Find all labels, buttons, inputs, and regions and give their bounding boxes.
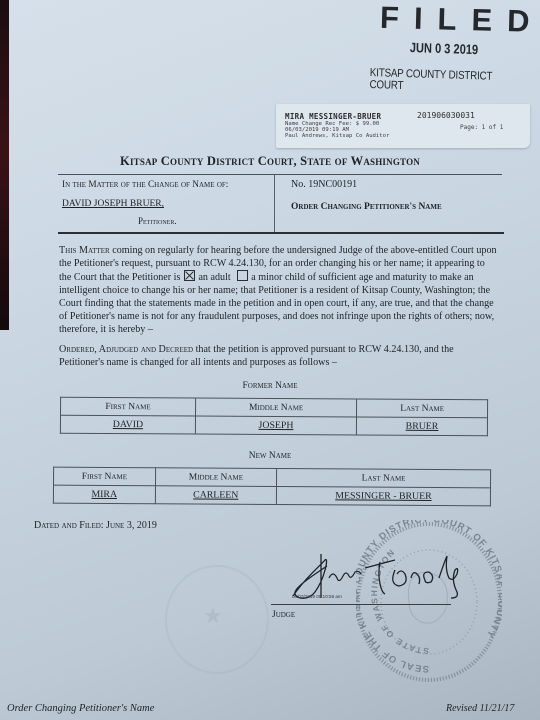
former-last-header: Last Name	[357, 399, 488, 418]
new-name-table: First Name Middle Name Last Name MIRA CA…	[53, 467, 491, 507]
new-last-header: Last Name	[277, 469, 491, 488]
footer-form-name: Order Changing Petitioner's Name	[7, 703, 154, 714]
dated-and-filed: Dated and Filed: June 3, 2019	[34, 520, 157, 531]
new-last-name: MESSINGER - BRUER	[335, 490, 431, 502]
former-middle-name: JOSEPH	[259, 420, 294, 431]
former-middle-header: Middle Name	[195, 398, 356, 417]
caption-bottom-rule	[58, 232, 504, 234]
bleed-through-star-icon: ★	[203, 603, 223, 629]
petitioner-name: DAVID JOSEPH BRUER,	[62, 199, 164, 209]
matter-caption: In the Matter of the Change of Name of:	[62, 180, 228, 190]
minor-checkbox	[237, 270, 248, 281]
petitioner-role: Petitioner.	[138, 216, 177, 226]
order-paragraph: Ordered, Adjudged and Decreed that the p…	[59, 343, 499, 369]
judge-label: Judge	[272, 610, 295, 620]
court-title: Kitsap County District Court, State of W…	[0, 154, 540, 169]
recording-label-name: MIRA MESSINGER-BRUER	[285, 112, 381, 121]
former-name-table: First Name Middle Name Last Name DAVID J…	[60, 397, 488, 437]
document-title: Order Changing Petitioner's Name	[291, 202, 442, 212]
case-number: No. 19NC00191	[291, 179, 357, 190]
former-first-name: DAVID	[113, 419, 143, 430]
new-middle-header: Middle Name	[155, 468, 276, 487]
former-name-caption: Former Name	[0, 381, 540, 391]
adult-checkbox	[184, 270, 195, 281]
adult-option-label: an adult	[198, 272, 230, 283]
former-first-header: First Name	[61, 397, 196, 416]
footer-revision: Revised 11/21/17	[446, 703, 514, 714]
header-divider	[58, 174, 502, 175]
new-name-caption: New Name	[0, 451, 540, 461]
former-last-name: BRUER	[406, 421, 439, 432]
findings-paragraph: This Matter coming on regularly for hear…	[59, 244, 499, 336]
recording-number: 201906030031	[417, 111, 475, 120]
new-first-header: First Name	[54, 467, 156, 486]
new-first-name: MIRA	[91, 489, 117, 500]
recording-auditor: Paul Andrews, Kitsap Co Auditor	[285, 133, 389, 139]
new-middle-name: CARLEEN	[193, 490, 238, 501]
order-lead: Ordered, Adjudged and Decreed	[59, 344, 193, 355]
findings-lead: This Matter	[59, 245, 110, 256]
recording-page-info: Page: 1 of 1	[460, 124, 503, 131]
caption-divider	[274, 175, 275, 233]
court-order-document: FILED JUN 0 3 2019 KITSAP COUNTY DISTRIC…	[0, 0, 540, 720]
signature-line	[271, 604, 451, 605]
recording-label: MIRA MESSINGER-BRUER 201906030031 Name C…	[276, 104, 530, 148]
judge-signature	[285, 548, 485, 608]
filed-stamp-court: KITSAP COUNTY DISTRICT COURT	[369, 67, 514, 95]
filed-stamp-title: FILED	[380, 0, 540, 40]
filed-stamp-date: JUN 0 3 2019	[410, 40, 479, 57]
signature-timestamp: 06/03/2019 09:10:56 am	[292, 594, 342, 599]
